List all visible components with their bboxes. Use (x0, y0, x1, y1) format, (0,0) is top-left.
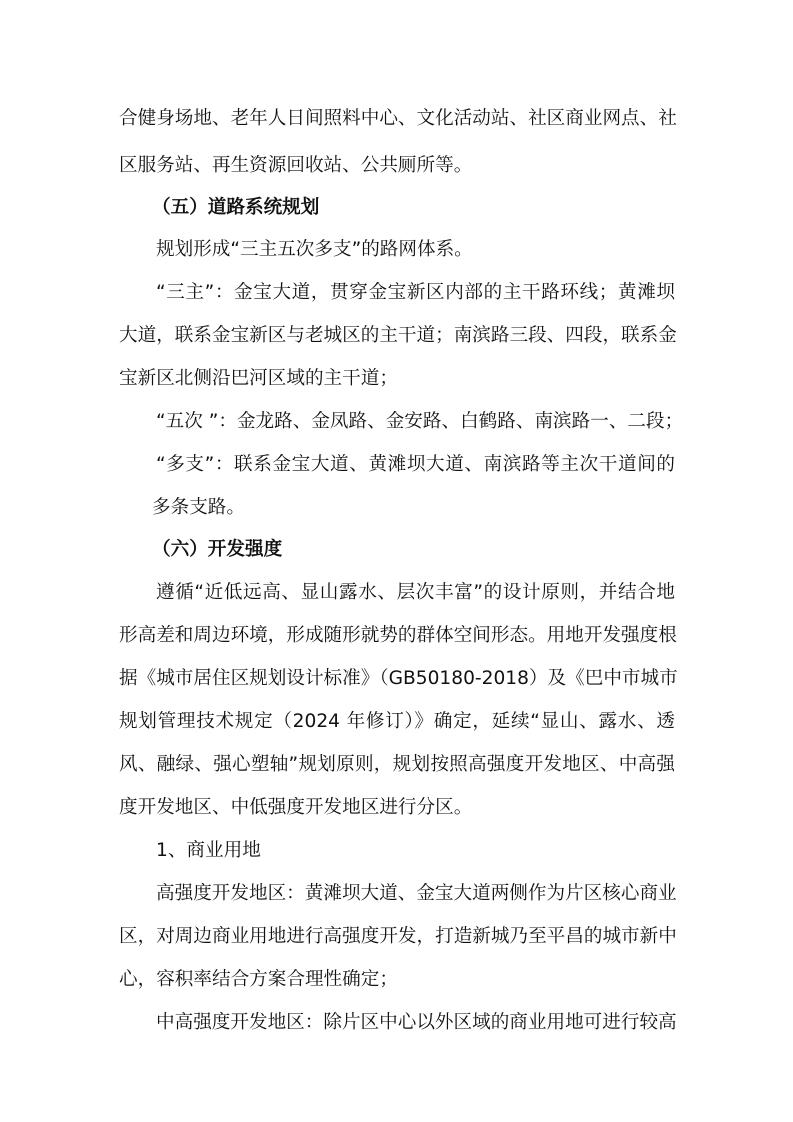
paragraph-line: 中高强度开发地区：除片区中心以外区域的商业用地可进行较高 (156, 1011, 675, 1035)
paragraph-line: 形高差和周边环境，形成随形就势的群体空间形态。用地开发强度根 (119, 624, 675, 648)
paragraph-line: 大道，联系金宝新区与老城区的主干道；南滨路三段、四段，联系金 (119, 324, 675, 348)
paragraph-line: 度开发地区、中低强度开发地区进行分区。 (119, 796, 472, 820)
paragraph-line: 宝新区北侧沿巴河区域的主干道； (119, 367, 398, 391)
paragraph-line: “多支”：联系金宝大道、黄滩坝大道、南滨路等主次干道间的 (156, 453, 675, 477)
section-heading-road-system: （五）道路系统规划 (152, 196, 319, 220)
paragraph-line: 据《城市居住区规划设计标准》（GB50180-2018）及《巴中市城市 (119, 667, 675, 691)
subsection-title-commercial-land: 1、商业用地 (156, 839, 261, 863)
paragraph-line: 多条支路。 (152, 496, 245, 520)
document-page: 合健身场地、老年人日间照料中心、文化活动站、社区商业网点、社 区服务站、再生资源… (0, 0, 793, 1122)
paragraph-line: 心，容积率结合方案合理性确定； (119, 968, 398, 992)
paragraph-line: 合健身场地、老年人日间照料中心、文化活动站、社区商业网点、社 (119, 107, 675, 131)
paragraph-line: 规划管理技术规定（2024 年修订）》确定，延续“显山、露水、透 (119, 710, 675, 734)
paragraph-line: “三主”：金宝大道，贯穿金宝新区内部的主干路环线；黄滩坝 (156, 281, 675, 305)
paragraph-line: 风、融绿、强心塑轴”规划原则，规划按照高强度开发地区、中高强 (119, 753, 675, 777)
section-heading-development-intensity: （六）开发强度 (152, 538, 282, 562)
paragraph-line: 区服务站、再生资源回收站、公共厕所等。 (119, 154, 472, 178)
paragraph-line: 高强度开发地区：黄滩坝大道、金宝大道两侧作为片区核心商业 (156, 882, 675, 906)
paragraph-line: 区，对周边商业用地进行高强度开发，打造新城乃至平昌的城市新中 (119, 925, 675, 949)
paragraph-line: 规划形成“三主五次多支”的路网体系。 (156, 238, 473, 262)
paragraph-line: 遵循“近低远高、显山露水、层次丰富”的设计原则，并结合地 (156, 581, 675, 605)
paragraph-line: “五次 ”：金龙路、金凤路、金安路、白鹤路、南滨路一、二段； (156, 410, 675, 434)
